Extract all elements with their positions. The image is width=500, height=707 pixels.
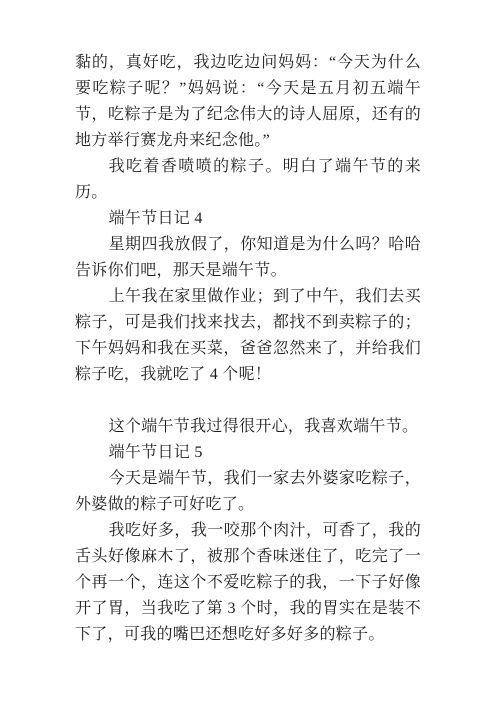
paragraph: 端午节日记 4 bbox=[75, 206, 421, 232]
paragraph: 黏的，真好吃，我边吃边问妈妈：“今天为什么要吃粽子呢？”妈妈说：“今天是五月初五… bbox=[75, 50, 421, 154]
paragraph: 我吃好多，我一咬那个肉汁，可香了，我的舌头好像麻木了，被那个香味迷住了，吃完了一… bbox=[75, 518, 421, 648]
paragraph: 这个端午节我过得很开心，我喜欢端午节。 bbox=[75, 414, 421, 440]
document-page: 黏的，真好吃，我边吃边问妈妈：“今天为什么要吃粽子呢？”妈妈说：“今天是五月初五… bbox=[0, 0, 500, 707]
paragraph: 上午我在家里做作业；到了中午，我们去买粽子，可是我们找来找去，都找不到卖粽子的；… bbox=[75, 284, 421, 388]
paragraph: 今天是端午节，我们一家去外婆家吃粽子，外婆做的粽子可好吃了。 bbox=[75, 466, 421, 518]
paragraph: 我吃着香喷喷的粽子。明白了端午节的来历。 bbox=[75, 154, 421, 206]
document-body: 黏的，真好吃，我边吃边问妈妈：“今天为什么要吃粽子呢？”妈妈说：“今天是五月初五… bbox=[75, 50, 421, 648]
paragraph: 端午节日记 5 bbox=[75, 440, 421, 466]
paragraph: 星期四我放假了，你知道是为什么吗？哈哈告诉你们吧，那天是端午节。 bbox=[75, 232, 421, 284]
